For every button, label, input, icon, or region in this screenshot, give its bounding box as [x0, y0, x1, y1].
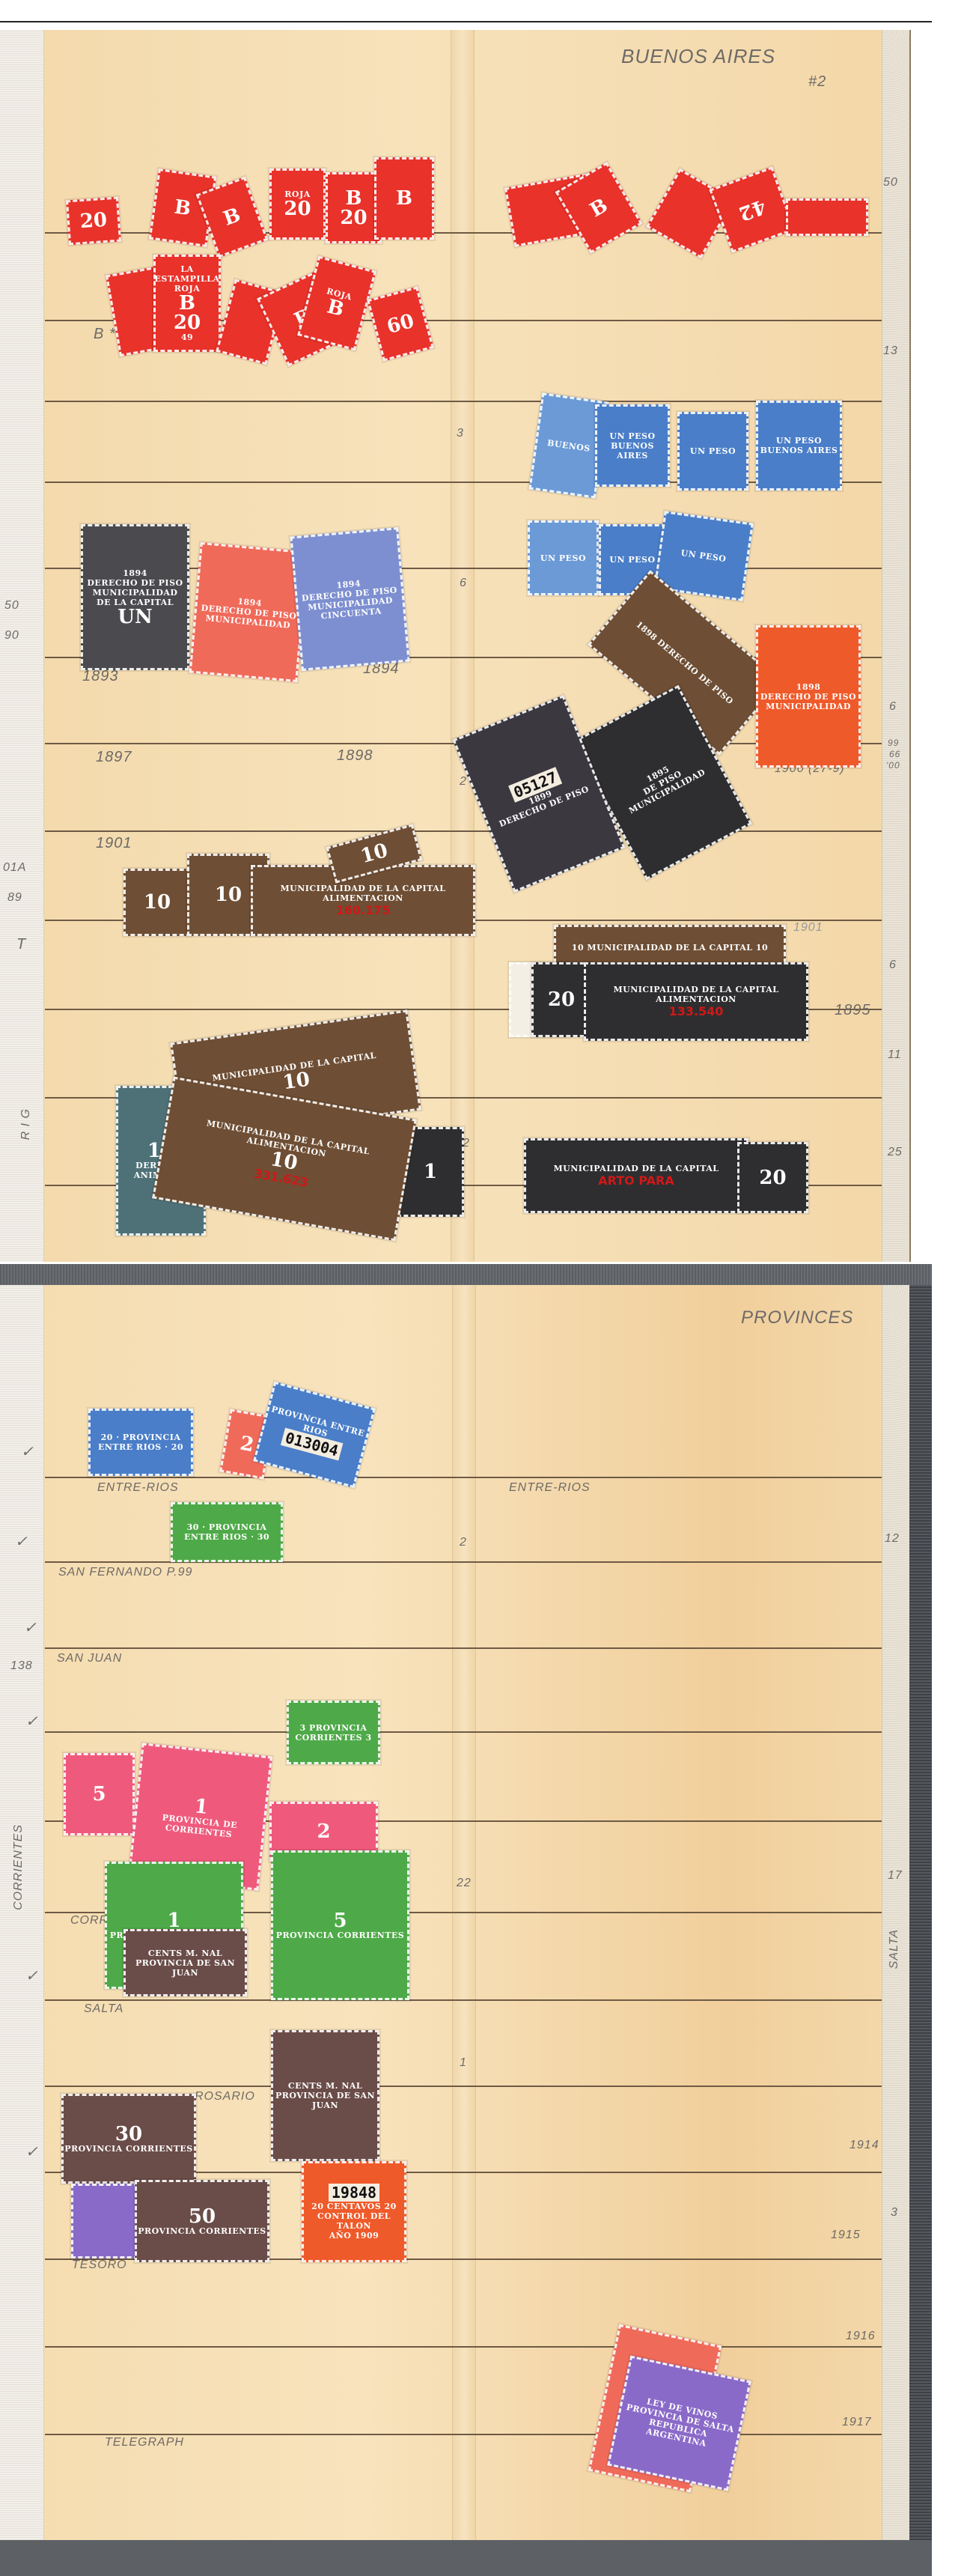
check-mark: ✓ — [21, 1442, 34, 1461]
row-note: 1914 — [850, 2139, 879, 2152]
margin-note: 89 — [7, 891, 22, 905]
stamp-corrientes-50: 50PROVINCIA CORRIENTES — [135, 2180, 269, 2262]
row-note: TESORO — [72, 2258, 127, 2272]
pocket-strip — [45, 2086, 882, 2087]
row-note: 1915 — [831, 2229, 861, 2242]
center-divider — [451, 30, 475, 1262]
pocket-strip — [45, 1731, 882, 1733]
row-note: ROSARIO — [195, 2090, 255, 2103]
margin-note: 66 — [889, 749, 900, 759]
page-heading: BUENOS AIRES — [621, 45, 775, 68]
margin-note: 6 — [889, 959, 897, 972]
margin-note: '00 — [886, 760, 900, 771]
margin-note: 13 — [883, 344, 898, 358]
stamp-control-del-talon: 1984820 CENTAVOS 20CONTROL DEL TALONAÑO … — [302, 2161, 406, 2262]
stamp-un-peso-buenos-aires: UN PESO BUENOS AIRES — [595, 404, 670, 487]
binding-strip-left — [0, 30, 44, 1262]
stamp-derecho-de-piso-1899: 051271899DERECHO DE PISO — [453, 695, 626, 893]
stamp-estampilla-roja: 20 — [66, 197, 121, 246]
stamp-municipalidad-20: 20 — [531, 962, 591, 1037]
stamp-corrientes-50 — [71, 2184, 138, 2258]
margin-note: 50 — [4, 599, 19, 613]
margin-note: 12 — [885, 1532, 900, 1546]
stamp-estampilla-roja — [786, 198, 868, 236]
gutter-note: 22 — [457, 1877, 472, 1890]
pocket-strip — [45, 1999, 882, 2001]
gutter-note: 6 — [460, 577, 467, 590]
binding-strip-right — [882, 30, 909, 1262]
check-mark: ✓ — [25, 2142, 39, 2161]
pocket-strip — [45, 2346, 882, 2348]
stamp-corrientes-5-pink: 5 — [64, 1753, 135, 1835]
stamp-estampilla-roja: ROJAB — [297, 256, 376, 351]
margin-note: T — [16, 936, 26, 953]
margin-note: SALTA — [888, 1929, 901, 1969]
stamp-derecho-de-piso-1898: 1898DERECHO DE PISOMUNICIPALIDAD — [756, 625, 861, 768]
stamp-un-peso-buenos-aires: UN PESO BUENOS AIRES — [756, 401, 842, 490]
margin-note: CORRIENTES — [12, 1824, 25, 1910]
row-note: 1917 — [842, 2416, 872, 2429]
stamp-municipalidad-10: 10 — [123, 869, 191, 936]
stamp-entre-rios-20: 20 · PROVINCIA ENTRE RIOS · 20 — [88, 1409, 193, 1476]
pocket-strip — [45, 1647, 882, 1649]
scanner-edge — [909, 1285, 932, 2543]
pocket-strip — [45, 2434, 882, 2435]
pocket-strip — [45, 1477, 882, 1478]
gutter-note: 1 — [460, 2056, 467, 2070]
stamp-san-juan: CENTS M. NAL PROVINCIA DE SAN JUAN — [123, 1929, 247, 1996]
row-note: 1901 — [96, 835, 132, 852]
scan-top-edge — [0, 21, 932, 22]
page-number: #2 — [808, 73, 826, 91]
margin-note: 6 — [889, 700, 897, 714]
page-heading: PROVINCES — [741, 1307, 853, 1328]
gutter-note: 3 — [457, 427, 464, 440]
gutter-note: 2 — [460, 1536, 467, 1549]
row-note: ENTRE-RIOS — [509, 1481, 591, 1495]
margin-note: 50 — [883, 176, 898, 189]
margin-note: 01A — [3, 861, 26, 875]
binding-strip-right — [882, 1285, 909, 2542]
check-mark: ✓ — [25, 1712, 39, 1731]
stamp-entre-rios-30: 30 · PROVINCIA ENTRE RIOS · 30 — [171, 1502, 283, 1562]
scanner-edge — [0, 2540, 932, 2576]
row-note: TELEGRAPH — [105, 2436, 184, 2449]
row-note: ENTRE-RIOS — [97, 1481, 179, 1495]
stamp-municipalidad-20: MUNICIPALIDAD DE LA CAPITALARTO PARA — [524, 1138, 748, 1213]
row-note: SALTA — [84, 2002, 123, 2016]
row-note: SAN JUAN — [57, 1652, 122, 1665]
margin-note: 99 — [888, 738, 899, 748]
stamp-estampilla-roja: B — [555, 162, 643, 253]
row-note: 1916 — [846, 2330, 876, 2343]
stamp-corrientes-5-green: 5PROVINCIA CORRIENTES — [271, 1850, 409, 2000]
gutter-note: 2 — [460, 775, 467, 789]
stockbook-page-buenos-aires: BUENOS AIRES #2 50 90 01A 89 T R I G 50 … — [0, 30, 909, 1262]
margin-note: 138 — [10, 1659, 33, 1673]
stamp-derecho-de-piso-1894: 1894DERECHO DE PISOMUNICIPALIDAD — [189, 542, 309, 682]
row-note: 1895 — [835, 1002, 871, 1019]
margin-note: 3 — [891, 2206, 898, 2220]
pocket-strip — [45, 830, 882, 832]
row-note: 1901 — [793, 921, 823, 935]
stamp-municipalidad-20: MUNICIPALIDAD DE LA CAPITAL ALIMENTACION… — [584, 962, 808, 1041]
stamp-estampilla-roja: 42 — [709, 166, 795, 252]
check-mark: ✓ — [15, 1532, 28, 1551]
stamp-derecho-de-piso-1894: 1894DERECHO DE PISOMUNICIPALIDADDE LA CA… — [81, 524, 189, 670]
margin-note: 11 — [888, 1048, 902, 1062]
stamp-estampilla-roja: B20 — [326, 172, 382, 243]
stamp-entre-rios-20: PROVINCIA ENTRE RIOS013004 — [253, 1382, 376, 1488]
stamp-derecho-de-piso-1894: 1894DERECHO DE PISOMUNICIPALIDADCINCUENT… — [290, 527, 409, 671]
row-note: 1897 — [96, 749, 132, 766]
row-note: 1898 — [337, 747, 373, 765]
margin-note: R I G — [19, 1108, 33, 1140]
stamp-un-peso-buenos-aires: UN PESO — [528, 520, 599, 595]
margin-note: 17 — [888, 1869, 903, 1883]
binding-strip-left — [0, 1285, 44, 2542]
check-mark: ✓ — [24, 1618, 37, 1637]
center-divider — [452, 1285, 476, 2542]
stamp-corrientes-3: 3 PROVINCIA CORRIENTES 3 — [287, 1701, 380, 1764]
row-note: SAN FERNANDO P.99 — [58, 1566, 192, 1579]
row-note: 1893 — [82, 668, 119, 685]
margin-note: 25 — [888, 1146, 903, 1159]
stamp-estampilla-roja: LA ESTAMPILLA ROJAB2049 — [153, 255, 221, 352]
scanner-edge — [0, 1264, 932, 1285]
stamp-san-juan: CENTS M. NAL PROVINCIA DE SAN JUAN — [271, 2030, 379, 2161]
check-mark: ✓ — [25, 1966, 39, 1985]
stamp-corrientes-30: 30PROVINCIA CORRIENTES — [61, 2094, 196, 2184]
stockbook-page-provinces: PROVINCES ✓ ✓ ✓ 138 ✓ CORRIENTES ✓ ✓ 12 … — [0, 1285, 909, 2542]
stamp-estampilla-roja: ROJA20 — [269, 168, 326, 240]
stamp-estampilla-roja: B — [374, 157, 434, 240]
stamp-estampilla-roja: 60 — [367, 286, 434, 361]
margin-note: 90 — [4, 629, 19, 643]
stamp-municipalidad-20: 20 — [737, 1142, 808, 1213]
stamp-un-peso-buenos-aires: UN PESO — [677, 412, 748, 490]
